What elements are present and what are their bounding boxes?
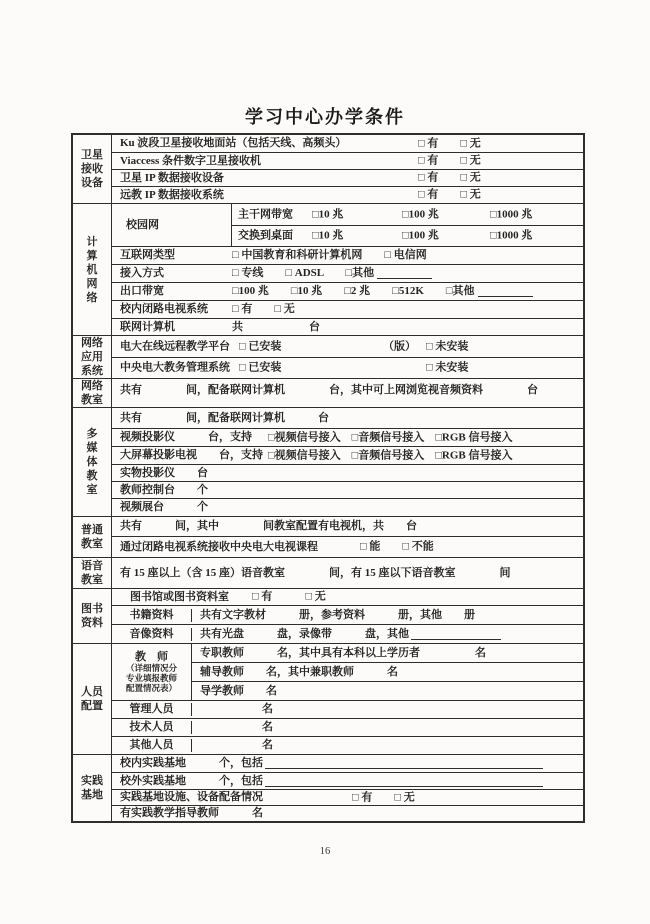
other-staff-count: 名: [262, 739, 273, 752]
cctv-checkboxes[interactable]: □ 有 □ 无: [232, 303, 295, 316]
base-equipment-text: 实践基地设施、设备配备情况: [120, 791, 263, 804]
section-network-applications: 网络 应用 系统 电大在线远程教学平台 □ 已安装 （版） □ 未安装 中央电大…: [73, 335, 583, 378]
teacher-console-text: 教师控制台 个: [120, 484, 208, 497]
book-materials-text: 共有文字教材 册，参考资料 册，其他 册: [200, 609, 475, 622]
internal-base-text: 校内实践基地 个，包括: [120, 757, 263, 770]
language-classroom-text: 有 15 座以上（含 15 座）语音教室 间，有 15 座以下语音教室 间: [120, 567, 511, 580]
section-label-ordinary: 普通 教室: [73, 517, 112, 557]
yes-no-checkboxes[interactable]: □ 有 □ 无: [418, 172, 481, 185]
practice-teacher-text: 有实践教学指导教师 名: [120, 807, 263, 820]
yes-no-checkboxes[interactable]: □ 有 □ 无: [352, 791, 415, 804]
table-row: 接入方式□ 专线 □ ADSL □其他: [112, 264, 583, 282]
table-row: Ku 波段卫星接收地面站（包括天线、高频头） □ 有 □ 无: [112, 135, 583, 152]
table-row: 共有 间，配备联网计算机 台: [112, 408, 583, 428]
campus-network-label: 校园网: [112, 204, 232, 246]
teacher-group: 教 师 （详细情况分 专业填报教师 配置情况表） 专职教师 名，其中具有本科以上…: [112, 644, 583, 700]
yes-no-checkboxes[interactable]: □ 有 □ 无: [418, 189, 481, 202]
section-label-multimedia: 多 媒 体 教 室: [73, 408, 112, 516]
fill-blank[interactable]: [265, 758, 543, 769]
table-row: 实物投影仪 台: [112, 464, 583, 481]
network-classroom-text: 共有 间，配备联网计算机 台，其中可上网浏览视音频资料 台: [120, 384, 538, 397]
section-ordinary-classroom: 普通 教室 共有 间，其中 间教室配置有电视机，共 台 通过闭路电视系统接收中央…: [73, 516, 583, 557]
section-language-classroom: 语音 教室 有 15 座以上（含 15 座）语音教室 间，有 15 座以下语音教…: [73, 557, 583, 588]
section-label-netapp: 网络 应用 系统: [73, 336, 112, 378]
admin-system-label: 中央电大教务管理系统: [120, 362, 230, 375]
table-row: 管理人员 名: [112, 700, 583, 718]
table-row: 交换到桌面 □10 兆 □100 兆 □1000 兆: [232, 225, 583, 246]
book-materials-label: 书籍资料: [112, 609, 192, 622]
management-staff-label: 管理人员: [112, 703, 192, 716]
table-row: 出口带宽□100 兆 □10 兆 □2 兆 □512K □其他: [112, 282, 583, 300]
section-computer-network: 计 算 机 网 络 校园网 主干网带宽 □10 兆 □100 兆 □1000 兆: [73, 203, 583, 335]
bandwidth-1000m-checkbox[interactable]: □1000 兆: [490, 230, 532, 243]
section-label-practice: 实践 基地: [73, 755, 112, 821]
external-base-text: 校外实践基地 个，包括: [120, 775, 263, 788]
online-platform-label: 电大在线远程教学平台: [120, 340, 230, 353]
cctv-course-text: 通过闭路电视系统接收中央电大电视课程: [120, 541, 318, 554]
cctv-label: 校内闭路电视系统: [120, 303, 232, 316]
section-label-library: 图书 资料: [73, 589, 112, 643]
access-mode-label: 接入方式: [120, 267, 232, 280]
tutor-teacher-text: 辅导教师 名，其中兼职教师 名: [200, 666, 398, 679]
access-mode-checkboxes[interactable]: □ 专线 □ ADSL □其他: [232, 267, 374, 280]
teacher-title: 教 师: [135, 651, 168, 663]
table-row: 校内闭路电视系统□ 有 □ 无: [112, 300, 583, 318]
table-row: 书籍资料 共有文字教材 册，参考资料 册，其他 册: [112, 605, 583, 624]
internet-type-checkboxes[interactable]: □ 中国教育和科研计算机网 □ 电信网: [232, 249, 427, 262]
library-room-text: 图书馆或图书资料室: [130, 591, 229, 604]
row-text: Viaccess 条件数字卫星接收机: [120, 155, 261, 168]
desktop-bandwidth-label: 交换到桌面: [238, 230, 293, 243]
page-number: 16: [0, 846, 650, 857]
backbone-bandwidth-label: 主干网带宽: [238, 208, 293, 221]
table-row: 校内实践基地 个，包括: [112, 755, 583, 772]
table-row: 共有 间，其中 间教室配置有电视机，共 台: [112, 517, 583, 536]
table-row: 教师控制台 个: [112, 481, 583, 498]
section-satellite-equipment: 卫星 接收 设备 Ku 波段卫星接收地面站（包括天线、高频头） □ 有 □ 无 …: [73, 135, 583, 203]
object-projector-text: 实物投影仪 台: [120, 467, 208, 480]
section-network-classroom: 网络 教室 共有 间，配备联网计算机 台，其中可上网浏览视音频资料 台: [73, 378, 583, 407]
table-row: 远教 IP 数据接收系统 □ 有 □ 无: [112, 186, 583, 203]
teacher-cell: 教 师 （详细情况分 专业填报教师 配置情况表）: [112, 644, 192, 700]
page-title: 学习中心办学条件: [0, 103, 650, 129]
ordinary-count-text: 共有 间，其中 间教室配置有电视机，共 台: [120, 520, 417, 533]
section-personnel: 人员 配置 教 师 （详细情况分 专业填报教师 配置情况表） 专职教师 名，其中…: [73, 643, 583, 754]
table-row: 视频投影仪 台，支持 □视频信号接入 □音频信号接入 □RGB 信号接入: [112, 428, 583, 446]
row-text: 卫星 IP 数据接收设备: [120, 172, 224, 185]
document-page: 学习中心办学条件 卫星 接收 设备 Ku 波段卫星接收地面站（包括天线、高频头）…: [0, 0, 650, 924]
video-projector-text: 视频投影仪 台，支持: [120, 431, 252, 444]
internet-type-label: 互联网类型: [120, 249, 232, 262]
section-label-netclass: 网络 教室: [73, 379, 112, 407]
table-row: 互联网类型□ 中国教育和科研计算机网 □ 电信网: [112, 246, 583, 264]
section-label-satellite: 卫星 接收 设备: [73, 135, 112, 203]
table-row: 通过闭路电视系统接收中央电大电视课程 □ 能 □ 不能: [112, 536, 583, 557]
bandwidth-100m-checkbox[interactable]: □100 兆: [402, 230, 439, 243]
conditions-table: 卫星 接收 设备 Ku 波段卫星接收地面站（包括天线、高频头） □ 有 □ 无 …: [71, 133, 585, 823]
can-cannot-checkboxes[interactable]: □ 能 □ 不能: [360, 541, 434, 554]
bandwidth-10m-checkbox[interactable]: □10 兆: [312, 208, 343, 221]
table-row: 主干网带宽 □10 兆 □100 兆 □1000 兆: [232, 204, 583, 225]
management-staff-count: 名: [262, 703, 273, 716]
fill-blank[interactable]: [478, 286, 533, 297]
table-row: 导学教师 名: [192, 681, 583, 700]
table-row: 有 15 座以上（含 15 座）语音教室 间，有 15 座以下语音教室 间: [112, 558, 583, 588]
row-text: 远教 IP 数据接收系统: [120, 189, 224, 202]
installed-checkbox[interactable]: □ 已安装: [239, 362, 281, 375]
signal-input-checkboxes[interactable]: □视频信号接入 □音频信号接入 □RGB 信号接入: [268, 431, 513, 444]
not-installed-checkbox[interactable]: □ 未安装: [426, 340, 468, 353]
installed-checkbox[interactable]: □ 已安装: [239, 340, 281, 353]
section-library-materials: 图书 资料 图书馆或图书资料室 □ 有 □ 无 书籍资料 共有文字教材 册，参考…: [73, 588, 583, 643]
table-row: 视频展台 个: [112, 498, 583, 516]
multimedia-count-text: 共有 间，配备联网计算机 台: [120, 412, 329, 425]
table-row: 中央电大教务管理系统 □ 已安装 □ 未安装: [112, 357, 583, 378]
video-booth-text: 视频展台 个: [120, 501, 208, 514]
table-row: 辅导教师 名，其中兼职教师 名: [192, 662, 583, 681]
table-row: Viaccess 条件数字卫星接收机 □ 有 □ 无: [112, 152, 583, 169]
yes-no-checkboxes[interactable]: □ 有 □ 无: [252, 591, 326, 604]
table-row: 电大在线远程教学平台 □ 已安装 （版） □ 未安装: [112, 336, 583, 357]
table-row: 实践基地设施、设备配备情况 □ 有 □ 无: [112, 789, 583, 805]
section-label-personnel: 人员 配置: [73, 644, 112, 754]
yes-no-checkboxes[interactable]: □ 有 □ 无: [418, 155, 481, 168]
bandwidth-10m-checkbox[interactable]: □10 兆: [312, 230, 343, 243]
table-row: 有实践教学指导教师 名: [112, 805, 583, 821]
networked-computers-label: 联网计算机: [120, 321, 232, 334]
projection-tv-text: 大屏幕投影电视 台，支持: [120, 449, 263, 462]
table-row: 音像资料 共有光盘 盘，录像带 盘，其他: [112, 624, 583, 643]
section-multimedia-classroom: 多 媒 体 教 室 共有 间，配备联网计算机 台 视频投影仪 台，支持 □视频信…: [73, 407, 583, 516]
fill-blank[interactable]: [377, 268, 432, 279]
signal-input-checkboxes[interactable]: □视频信号接入 □音频信号接入 □RGB 信号接入: [268, 449, 513, 462]
table-row: 卫星 IP 数据接收设备 □ 有 □ 无: [112, 169, 583, 186]
av-materials-text: 共有光盘 盘，录像带 盘，其他: [200, 628, 409, 641]
exit-bandwidth-label: 出口带宽: [120, 285, 232, 298]
other-staff-label: 其他人员: [112, 739, 192, 752]
version-label: （版）: [383, 340, 416, 353]
av-materials-label: 音像资料: [112, 628, 192, 641]
table-row: 联网计算机共 台: [112, 318, 583, 335]
section-label-network: 计 算 机 网 络: [73, 204, 112, 335]
exit-bandwidth-checkboxes[interactable]: □100 兆 □10 兆 □2 兆 □512K □其他: [232, 285, 475, 298]
table-row: 共有 间，配备联网计算机 台，其中可上网浏览视音频资料 台: [112, 379, 583, 402]
table-row: 技术人员 名: [112, 718, 583, 736]
not-installed-checkbox[interactable]: □ 未安装: [426, 362, 468, 375]
table-row: 校外实践基地 个，包括: [112, 772, 583, 789]
section-practice-base: 实践 基地 校内实践基地 个，包括 校外实践基地 个，包括 实践基地设施、设备配…: [73, 754, 583, 821]
fill-blank[interactable]: [411, 629, 501, 640]
row-text: Ku 波段卫星接收地面站（包括天线、高频头）: [120, 137, 346, 150]
teacher-note: （详细情况分 专业填报教师 配置情况表）: [126, 663, 177, 693]
campus-network-group: 校园网 主干网带宽 □10 兆 □100 兆 □1000 兆: [112, 204, 583, 246]
technical-staff-count: 名: [262, 721, 273, 734]
yes-no-checkboxes[interactable]: □ 有 □ 无: [418, 137, 481, 150]
table-row: 图书馆或图书资料室 □ 有 □ 无: [112, 589, 583, 605]
guide-teacher-text: 导学教师 名: [200, 685, 277, 698]
table-row: 其他人员 名: [112, 736, 583, 754]
section-label-language: 语音 教室: [73, 558, 112, 588]
table-row: 大屏幕投影电视 台，支持 □视频信号接入 □音频信号接入 □RGB 信号接入: [112, 446, 583, 464]
fulltime-teacher-text: 专职教师 名，其中具有本科以上学历者 名: [200, 647, 486, 660]
technical-staff-label: 技术人员: [112, 721, 192, 734]
table-row: 专职教师 名，其中具有本科以上学历者 名: [192, 644, 583, 662]
bandwidth-1000m-checkbox[interactable]: □1000 兆: [490, 208, 532, 221]
fill-blank[interactable]: [265, 776, 543, 787]
networked-computers-count: 共 台: [232, 321, 320, 334]
bandwidth-100m-checkbox[interactable]: □100 兆: [402, 208, 439, 221]
